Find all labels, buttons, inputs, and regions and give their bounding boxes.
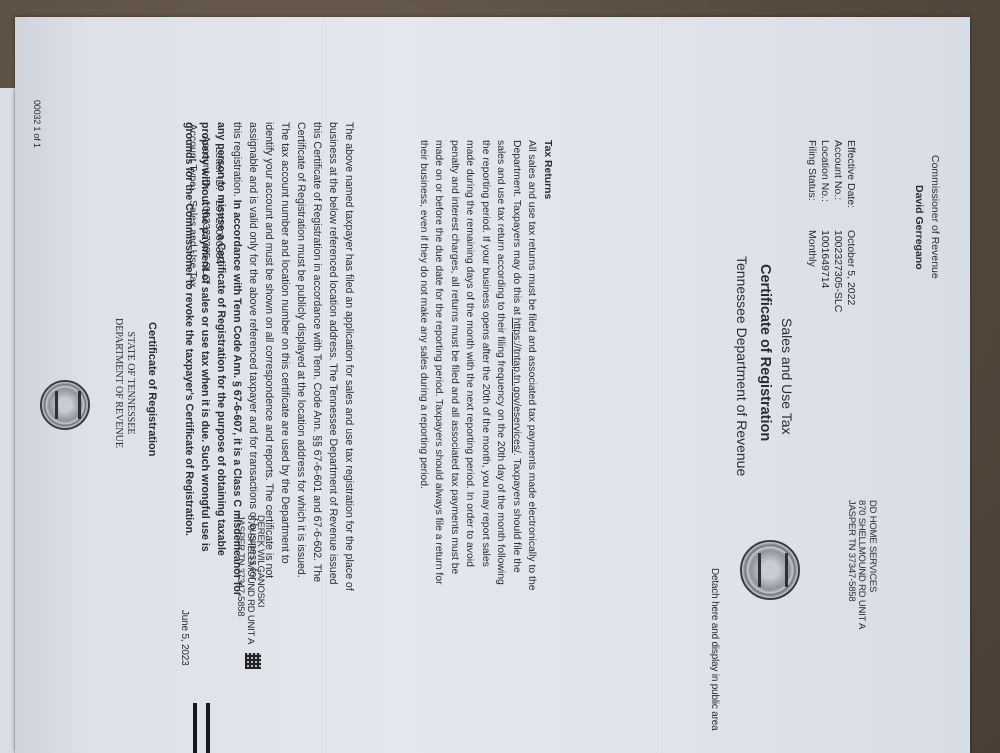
- tax-returns-heading: Tax Returns: [540, 140, 556, 591]
- state-name: STATE OF TENNESSEE: [124, 318, 136, 448]
- account-no-value: 1002327305-SLC: [831, 230, 844, 312]
- filing-status-value: Monthly: [805, 230, 818, 267]
- registration-notice: The above named taxpayer has filed an ap…: [181, 122, 357, 596]
- certificate-fields: Effective Date: October 5, 2022 Account …: [805, 140, 857, 312]
- notice-line: identify your account and must be shown …: [261, 122, 277, 596]
- notice-line: The above named taxpayer has filed an ap…: [341, 122, 357, 596]
- certificate-department: Tennessee Department of Revenue: [734, 256, 750, 476]
- notice-line: business at the below referenced locatio…: [325, 122, 341, 596]
- state-header: STATE OF TENNESSEE DEPARTMENT OF REVENUE: [112, 318, 136, 448]
- location-no-value: 1001649714: [818, 230, 831, 288]
- notice-line: this registration. In accordance with Te…: [229, 122, 245, 596]
- letter-title: Certificate of Registration: [146, 322, 158, 456]
- tax-returns-line: All sales and use tax returns must be fi…: [524, 140, 540, 591]
- tax-returns-line: Department. Taxpayers may do this at htt…: [509, 140, 525, 591]
- state-seal-icon: [740, 540, 800, 600]
- tax-returns-section: Tax Returns All sales and use tax return…: [416, 140, 556, 591]
- misdemeanor-warning: grounds for the Commissioner to revoke t…: [183, 122, 195, 536]
- page-counter: 00032 1 of 1: [32, 100, 42, 148]
- tntap-link[interactable]: https://tntap.tn.gov/eservices/: [511, 318, 522, 453]
- mail-barcode-mark: [206, 703, 210, 753]
- notice-line: this Certificate of Registration in acco…: [309, 122, 325, 596]
- notice-line: Certificate of Registration must be publ…: [293, 122, 309, 596]
- tax-returns-line: the reporting period. If your business o…: [478, 140, 494, 591]
- filing-status-label: Filing Status:: [805, 140, 818, 226]
- business-name: DD HOME SERVICES: [867, 500, 878, 629]
- filing-status-row: Filing Status: Monthly: [805, 140, 818, 312]
- misdemeanor-warning: property without the payment of sales or…: [199, 122, 211, 552]
- tax-returns-text: . Taxpayers should file the: [511, 453, 522, 573]
- business-address-line1: 870 SHELLMOUND RD UNIT A: [856, 500, 867, 629]
- tax-returns-line: sales and use tax return according to th…: [493, 140, 509, 591]
- location-no-label: Location No.:: [818, 140, 831, 226]
- location-no-row: Location No.: 1001649714: [818, 140, 831, 312]
- tax-returns-line: made on or before the due date for the r…: [431, 140, 447, 591]
- letter-date: June 5, 2023: [179, 610, 190, 665]
- account-no-label: Account No.:: [831, 140, 844, 226]
- tax-returns-line: made during the remaining days of the mo…: [462, 140, 478, 591]
- signer-name: David Gerregano: [913, 185, 925, 270]
- misdemeanor-warning: any person to misuse a Certificate of Re…: [215, 122, 227, 556]
- effective-date-row: Effective Date: October 5, 2022: [844, 140, 857, 312]
- effective-date-value: October 5, 2022: [844, 230, 857, 305]
- business-address: DD HOME SERVICES 870 SHELLMOUND RD UNIT …: [846, 500, 878, 629]
- misdemeanor-warning: In accordance with Tenn Code Ann. § 67-6…: [231, 200, 243, 596]
- tax-returns-line: penalty and interest charges, all return…: [447, 140, 463, 591]
- paper-fold: [660, 17, 662, 753]
- certificate-subtitle: Sales and Use Tax: [779, 318, 795, 434]
- qr-code-icon: [245, 653, 261, 669]
- notice-text: this registration.: [231, 122, 243, 200]
- mail-barcode-mark: [193, 703, 197, 753]
- notice-line: assignable and is valid only for the abo…: [245, 122, 261, 596]
- account-no-row: Account No.: 1002327305-SLC: [831, 140, 844, 312]
- certificate-title: Certificate of Registration: [757, 264, 773, 441]
- detach-note: Detach here and display in public area: [709, 568, 720, 731]
- signer-title: Commissioner of Revenue: [929, 155, 941, 279]
- effective-date-label: Effective Date:: [844, 140, 857, 226]
- tax-returns-line: their business, even if they do not make…: [416, 140, 432, 591]
- department-name: DEPARTMENT OF REVENUE: [112, 318, 124, 448]
- tax-returns-text: Department. Taxpayers may do this at: [511, 140, 522, 318]
- business-address-line2: JASPER TN 37347-5858: [846, 500, 857, 629]
- state-seal-icon: [40, 380, 90, 430]
- notice-line: The tax account number and location numb…: [277, 122, 293, 596]
